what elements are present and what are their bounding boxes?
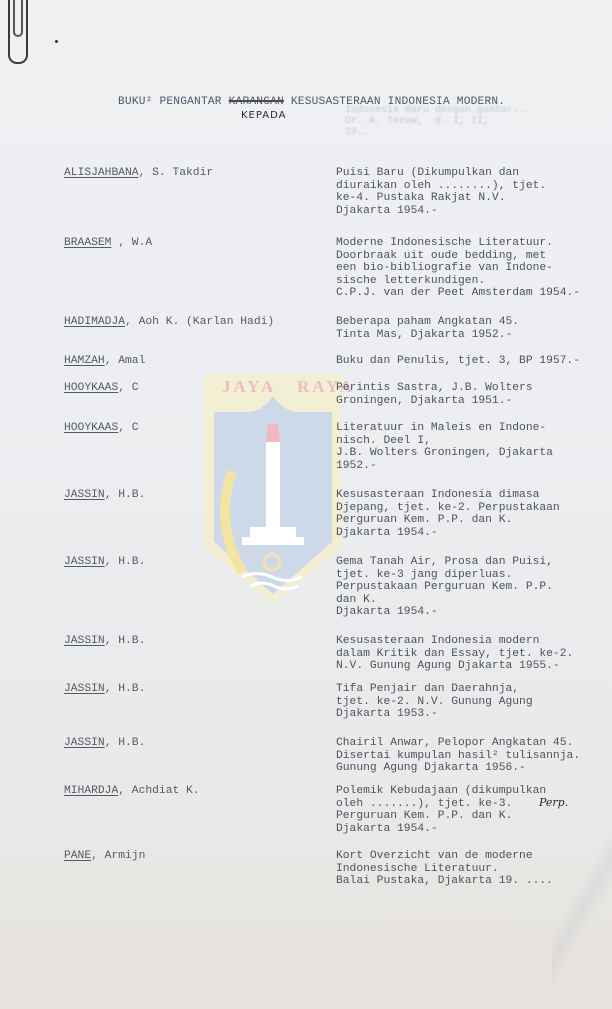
author-given: , Armijn bbox=[91, 850, 145, 862]
author-given: , H.B. bbox=[105, 489, 146, 501]
author: JASSIN, H.B. bbox=[64, 683, 145, 696]
handwritten-margin-note: Perp. bbox=[539, 797, 568, 810]
title-suffix: KESUSASTERAAN INDONESIA MODERN. bbox=[291, 96, 505, 108]
author: ALISJAHBANA, S. Takdir bbox=[64, 167, 213, 180]
author-surname: PANE bbox=[64, 850, 91, 862]
author-surname: HOOYKAAS bbox=[64, 382, 118, 394]
document-page: Indonesia Baru dengan gambar... Dr. A. T… bbox=[0, 0, 612, 1009]
author: MIHARDJA, Achdiat K. bbox=[64, 785, 200, 798]
author-surname: JASSIN bbox=[64, 683, 105, 695]
author-given: , Amal bbox=[105, 355, 146, 367]
jaya-raya-watermark-logo bbox=[202, 372, 344, 606]
document-title: BUKU² PENGANTAR KARANGAN KESUSASTERAAN I… bbox=[118, 96, 505, 108]
handwritten-correction: KEPADA bbox=[241, 110, 286, 121]
author: BRAASEM , W.A bbox=[64, 237, 152, 250]
author-surname: HAMZAH bbox=[64, 355, 105, 367]
ink-speck bbox=[55, 40, 58, 43]
author-surname: HADIMADJA bbox=[64, 316, 125, 328]
author-surname: ALISJAHBANA bbox=[64, 167, 139, 179]
author: HAMZAH, Amal bbox=[64, 355, 145, 368]
author-given: , W.A bbox=[111, 237, 152, 249]
author-surname: JASSIN bbox=[64, 737, 105, 749]
author: HOOYKAAS, C bbox=[64, 382, 139, 395]
reference: Chairil Anwar, Pelopor Angkatan 45. Dise… bbox=[336, 737, 612, 775]
author: HOOYKAAS, C bbox=[64, 422, 139, 435]
author-given: , C bbox=[118, 382, 138, 394]
author-given: , S. Takdir bbox=[139, 167, 214, 179]
reference: Buku dan Penulis, tjet. 3, BP 1957.- bbox=[336, 355, 612, 368]
author-given: , Achdiat K. bbox=[118, 785, 199, 797]
author-surname: JASSIN bbox=[64, 556, 105, 568]
author: JASSIN, H.B. bbox=[64, 556, 145, 569]
title-struck-word: KARANGAN bbox=[229, 96, 284, 108]
reference: Literatuur in Maleis en Indone- nisch. D… bbox=[336, 422, 612, 472]
author-given: , H.B. bbox=[105, 556, 146, 568]
author-surname: HOOYKAAS bbox=[64, 422, 118, 434]
author-given: , H.B. bbox=[105, 635, 146, 647]
author: JASSIN, H.B. bbox=[64, 737, 145, 750]
author: JASSIN, H.B. bbox=[64, 489, 145, 502]
paperclip-inner-icon bbox=[13, 0, 23, 37]
bleed-through-text: Indonesia Baru dengan gambar... Dr. A. T… bbox=[345, 105, 595, 138]
author: HADIMADJA, Aoh K. (Karlan Hadi) bbox=[64, 316, 274, 329]
author: JASSIN, H.B. bbox=[64, 635, 145, 648]
reference: Kesusasteraan Indonesia modern dalam Kri… bbox=[336, 635, 612, 673]
author-surname: JASSIN bbox=[64, 635, 105, 647]
author: PANE, Armijn bbox=[64, 850, 145, 863]
title-prefix: BUKU² PENGANTAR bbox=[118, 96, 222, 108]
reference: Kesusasteraan Indonesia dimasa Djepang, … bbox=[336, 489, 612, 539]
reference: Perintis Sastra, J.B. Wolters Groningen,… bbox=[336, 382, 612, 407]
author-surname: MIHARDJA bbox=[64, 785, 118, 797]
reference: Tifa Penjair dan Daerahnja, tjet. ke-2. … bbox=[336, 683, 612, 721]
author-given: , Aoh K. (Karlan Hadi) bbox=[125, 316, 274, 328]
author-given: , H.B. bbox=[105, 737, 146, 749]
reference: Moderne Indonesische Literatuur. Doorbra… bbox=[336, 237, 612, 300]
author-given: , C bbox=[118, 422, 138, 434]
author-given: , H.B. bbox=[105, 683, 146, 695]
reference: Beberapa paham Angkatan 45. Tinta Mas, D… bbox=[336, 316, 612, 341]
author-surname: JASSIN bbox=[64, 489, 105, 501]
author-surname: BRAASEM bbox=[64, 237, 111, 249]
reference: Puisi Baru (Dikumpulkan dan diuraikan ol… bbox=[336, 167, 612, 217]
reference: Gema Tanah Air, Prosa dan Puisi, tjet. k… bbox=[336, 556, 612, 619]
paper-crease bbox=[552, 810, 612, 1009]
